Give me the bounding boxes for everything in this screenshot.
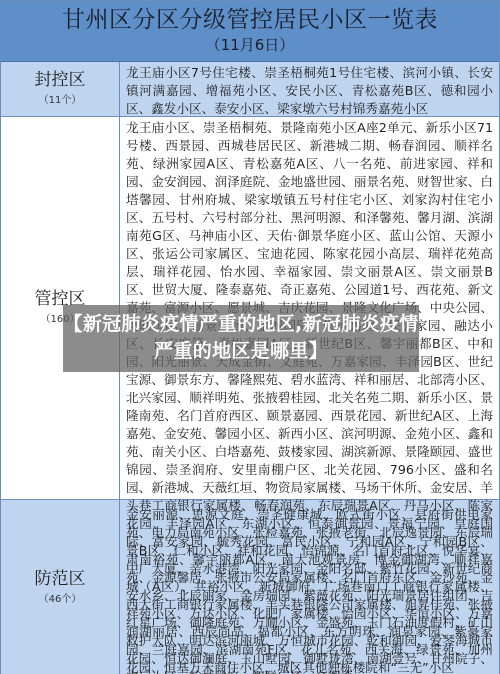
headline-overlay-caption: 【新冠肺炎疫情严重的地区,新冠肺炎疫情严重的地区是哪里】 [63,305,419,372]
zone-name: 防范区 [35,568,86,590]
document-title: 甘州区分区分级管控居民小区一览表 [1,1,499,34]
document-header: 甘州区分区分级管控居民小区一览表 （11月6日） [1,1,499,62]
table-row-prevention-zone: 防范区 （46个） 金安丽源、思源文庭、崇圣健康城、欧式街小区、县府街供电家苑、… [1,500,499,674]
document-date: （11月6日） [1,34,499,56]
zone-label-cell: 防范区 （46个） [1,500,120,674]
zone-communities: 金安丽源、思源文庭、崇圣健康城、欧式街小区、县府街供电家苑、电力局南苑小区、张检… [120,500,499,674]
zone-name: 封控区 [35,69,86,91]
zone-count: （11个） [39,93,82,109]
zone-count: （46个） [39,592,82,608]
zone-label-cell: 封控区 （11个） [1,62,120,116]
zone-communities: 龙王庙小区7号住宅楼、崇圣梧桐苑1号住宅楼、滨河小镇、长安镇河满嘉园、增福苑小区… [120,62,499,116]
table-row-sealed-zone: 封控区 （11个） 龙王庙小区7号住宅楼、崇圣梧桐苑1号住宅楼、滨河小镇、长安镇… [1,62,499,117]
